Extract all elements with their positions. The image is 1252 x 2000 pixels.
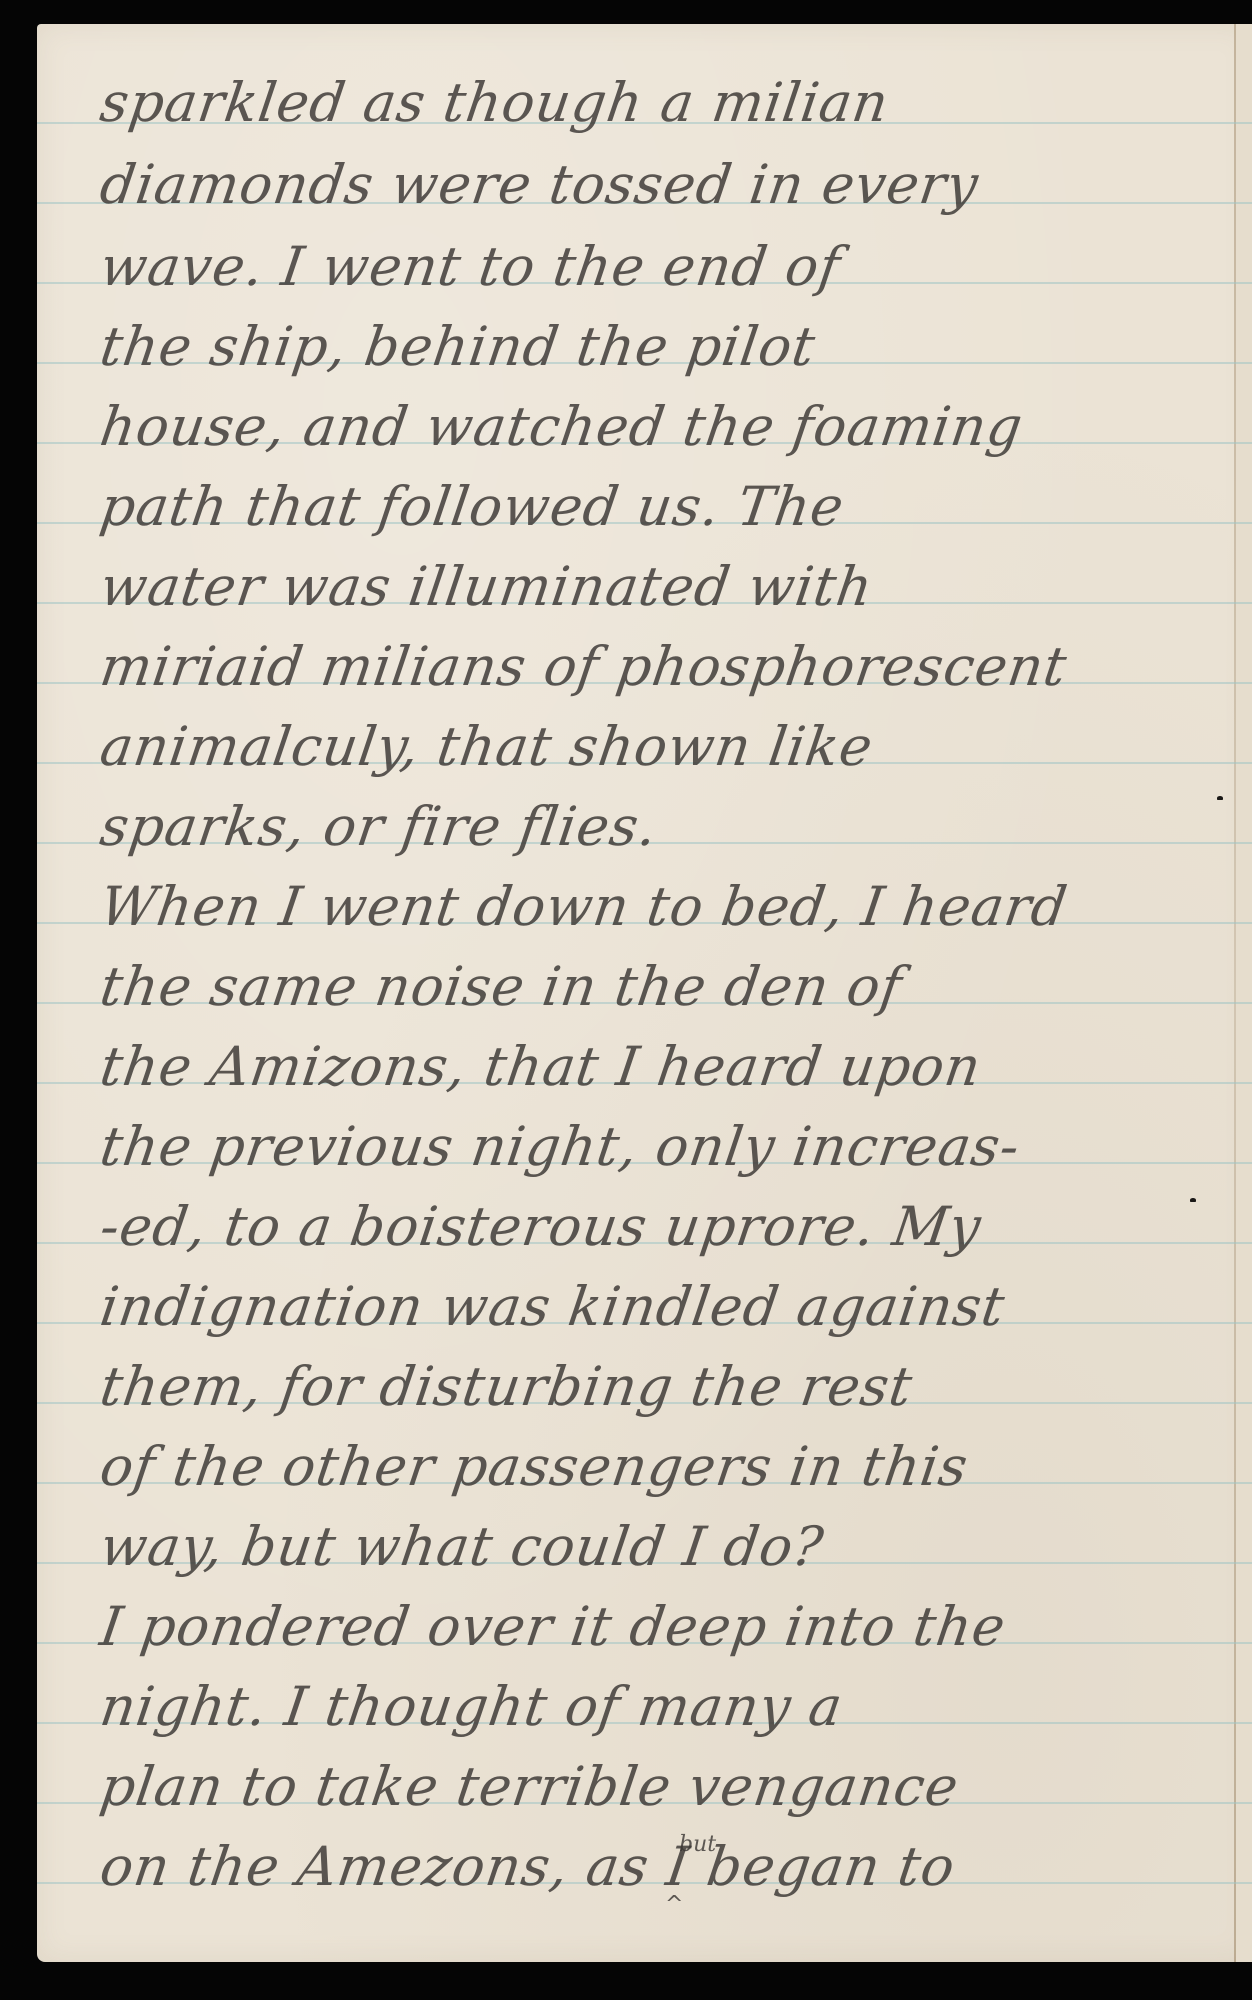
adjacent-page-edge xyxy=(1236,24,1252,1962)
handwritten-line: diamonds were tossed in every xyxy=(97,158,982,212)
handwritten-line: the previous night, only increas- xyxy=(97,1120,1023,1174)
handwritten-line: sparks, or fire flies. xyxy=(97,800,661,854)
handwritten-line: miriaid milians of phosphorescent xyxy=(97,640,1070,694)
handwritten-line: plan to take terrible vengance xyxy=(97,1760,962,1814)
insertion-caret-mark: ^ xyxy=(665,1892,683,1917)
handwritten-line: wave. I went to the end of xyxy=(97,240,844,294)
handwritten-line: I pondered over it deep into the xyxy=(97,1600,1009,1654)
ink-speck xyxy=(1190,1198,1196,1202)
handwritten-line: night. I thought of many a xyxy=(97,1680,846,1734)
manuscript-page: sparkled as though a milian diamonds wer… xyxy=(37,24,1252,1962)
handwritten-line: on the Amezons, as I began to xyxy=(97,1840,959,1894)
page-fold xyxy=(1234,24,1236,1962)
ink-speck xyxy=(1217,796,1223,800)
handwritten-line: house, and watched the foaming xyxy=(97,400,1026,454)
handwritten-line: of the other passengers in this xyxy=(97,1440,972,1494)
handwritten-line: -ed, to a boisterous uprore. My xyxy=(97,1200,985,1254)
handwritten-line: the same noise in the den of xyxy=(97,960,906,1014)
interlinear-insertion: but xyxy=(679,1832,716,1857)
handwritten-line: indignation was kindled against xyxy=(97,1280,1008,1334)
handwritten-line: the Amizons, that I heard upon xyxy=(97,1040,985,1094)
handwritten-line: water was illuminated with xyxy=(97,560,876,614)
handwritten-line: them, for disturbing the rest xyxy=(97,1360,916,1414)
handwritten-line: way, but what could I do? xyxy=(97,1520,827,1574)
handwritten-line: path that followed us. The xyxy=(97,480,848,534)
handwritten-line: animalculy, that shown like xyxy=(97,720,876,774)
handwritten-line: the ship, behind the pilot xyxy=(97,320,819,374)
handwritten-line: When I went down to bed, I heard xyxy=(97,880,1071,934)
handwritten-line: sparkled as though a milian xyxy=(97,76,892,130)
